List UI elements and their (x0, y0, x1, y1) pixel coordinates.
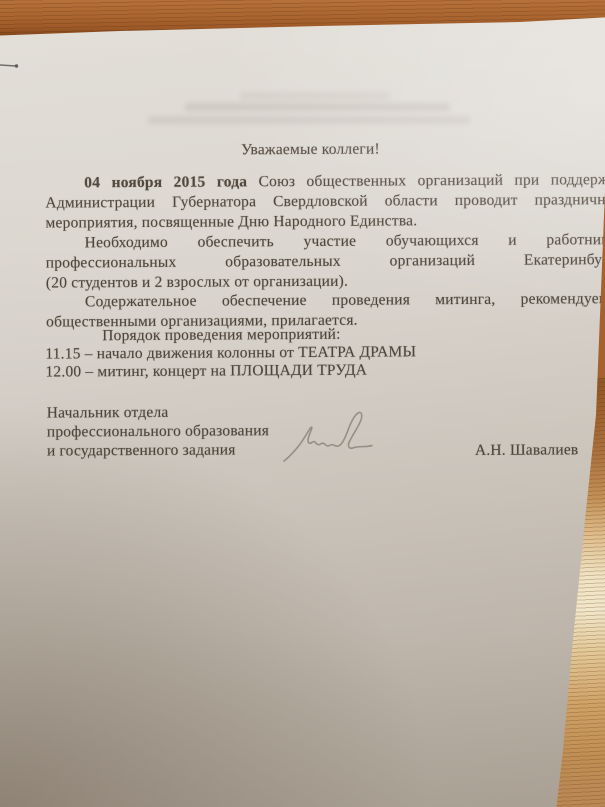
document-text: Уважаемые коллеги! 04 ноября 2015 года С… (0, 0, 605, 807)
signee-name: А.Н. Шавалиев (475, 441, 579, 460)
pin-mark (0, 59, 22, 73)
signature-scribble (281, 402, 393, 469)
text-line: Начальник отдела (47, 402, 269, 422)
text-line: Содержательное обеспечение проведения ми… (46, 289, 605, 313)
text-line: и государственного задания (47, 440, 269, 460)
schedule-item: 12.00 – митинг, концерт на ПЛОЩАДИ ТРУДА (45, 361, 367, 382)
salutation: Уважаемые коллеги! (241, 141, 380, 160)
photo-of-document: Уважаемые коллеги! 04 ноября 2015 года С… (0, 0, 605, 807)
paper-sheet: Уважаемые коллеги! 04 ноября 2015 года С… (0, 0, 605, 807)
date-bold: 04 ноября 2015 года (84, 173, 247, 191)
text-line: профессионального образования (47, 421, 269, 441)
text-line: Администрации Губернатора Свердловской о… (45, 190, 605, 214)
text-line: профессиональных образовательных организ… (46, 250, 605, 274)
text-span: Союз общественных организаций при поддер… (259, 171, 605, 190)
signature-title: Начальник отдела профессионального образ… (47, 402, 270, 460)
paragraph-participation: Необходимо обеспечить участие обучающихс… (46, 230, 605, 294)
paragraph-intro: 04 ноября 2015 года Союз общественных ор… (45, 170, 605, 234)
